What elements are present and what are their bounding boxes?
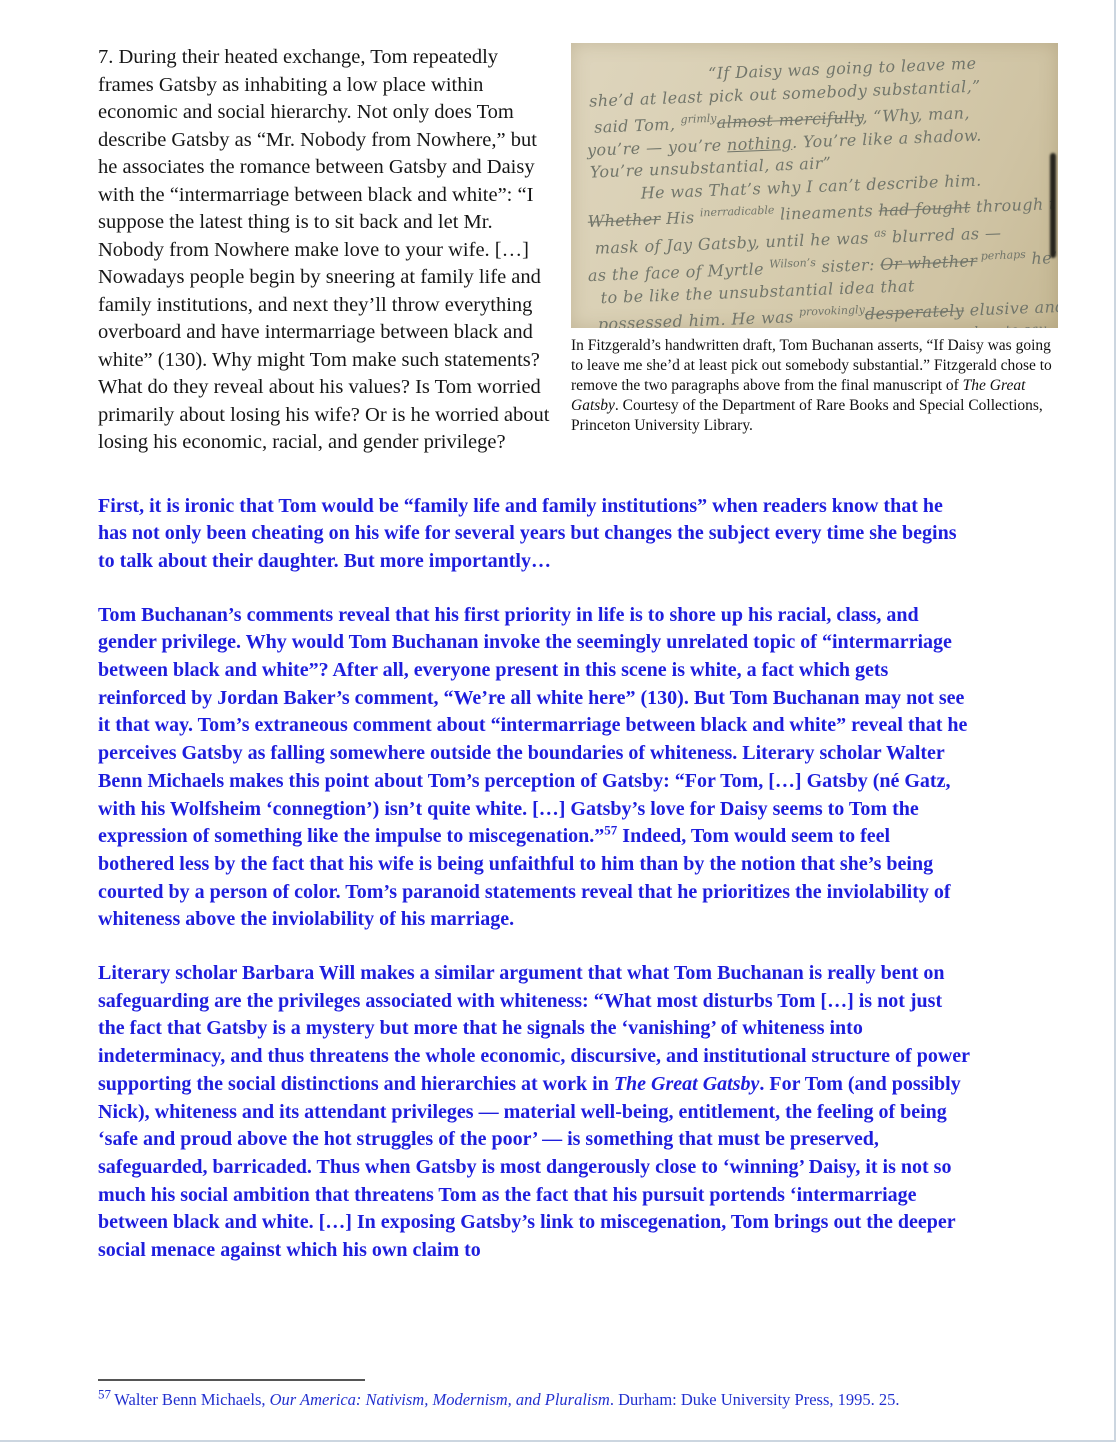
analysis-paragraph-2: Tom Buchanan’s comments reveal that his … xyxy=(98,602,970,934)
footnote-57: 57 Walter Benn Michaels, Our America: Na… xyxy=(98,1390,970,1410)
manuscript-image: “If Daisy was going to leave meshe’d at … xyxy=(571,43,1058,328)
manuscript-photo-edge xyxy=(1050,153,1056,258)
footnote-area: 57 Walter Benn Michaels, Our America: Na… xyxy=(98,1379,970,1410)
analysis-paragraph-3: Literary scholar Barbara Will makes a si… xyxy=(98,960,970,1265)
manuscript-caption: In Fitzgerald’s handwritten draft, Tom B… xyxy=(571,336,1058,436)
footnote-separator xyxy=(98,1379,365,1381)
manuscript-figure: “If Daisy was going to leave meshe’d at … xyxy=(571,43,1058,436)
document-page: “If Daisy was going to leave meshe’d at … xyxy=(0,0,1116,1442)
question-section: “If Daisy was going to leave meshe’d at … xyxy=(98,44,1014,457)
manuscript-handwriting: “If Daisy was going to leave meshe’d at … xyxy=(571,43,1058,328)
analysis-section: First, it is ironic that Tom would be “f… xyxy=(98,493,970,1265)
analysis-paragraph-1: First, it is ironic that Tom would be “f… xyxy=(98,493,970,576)
